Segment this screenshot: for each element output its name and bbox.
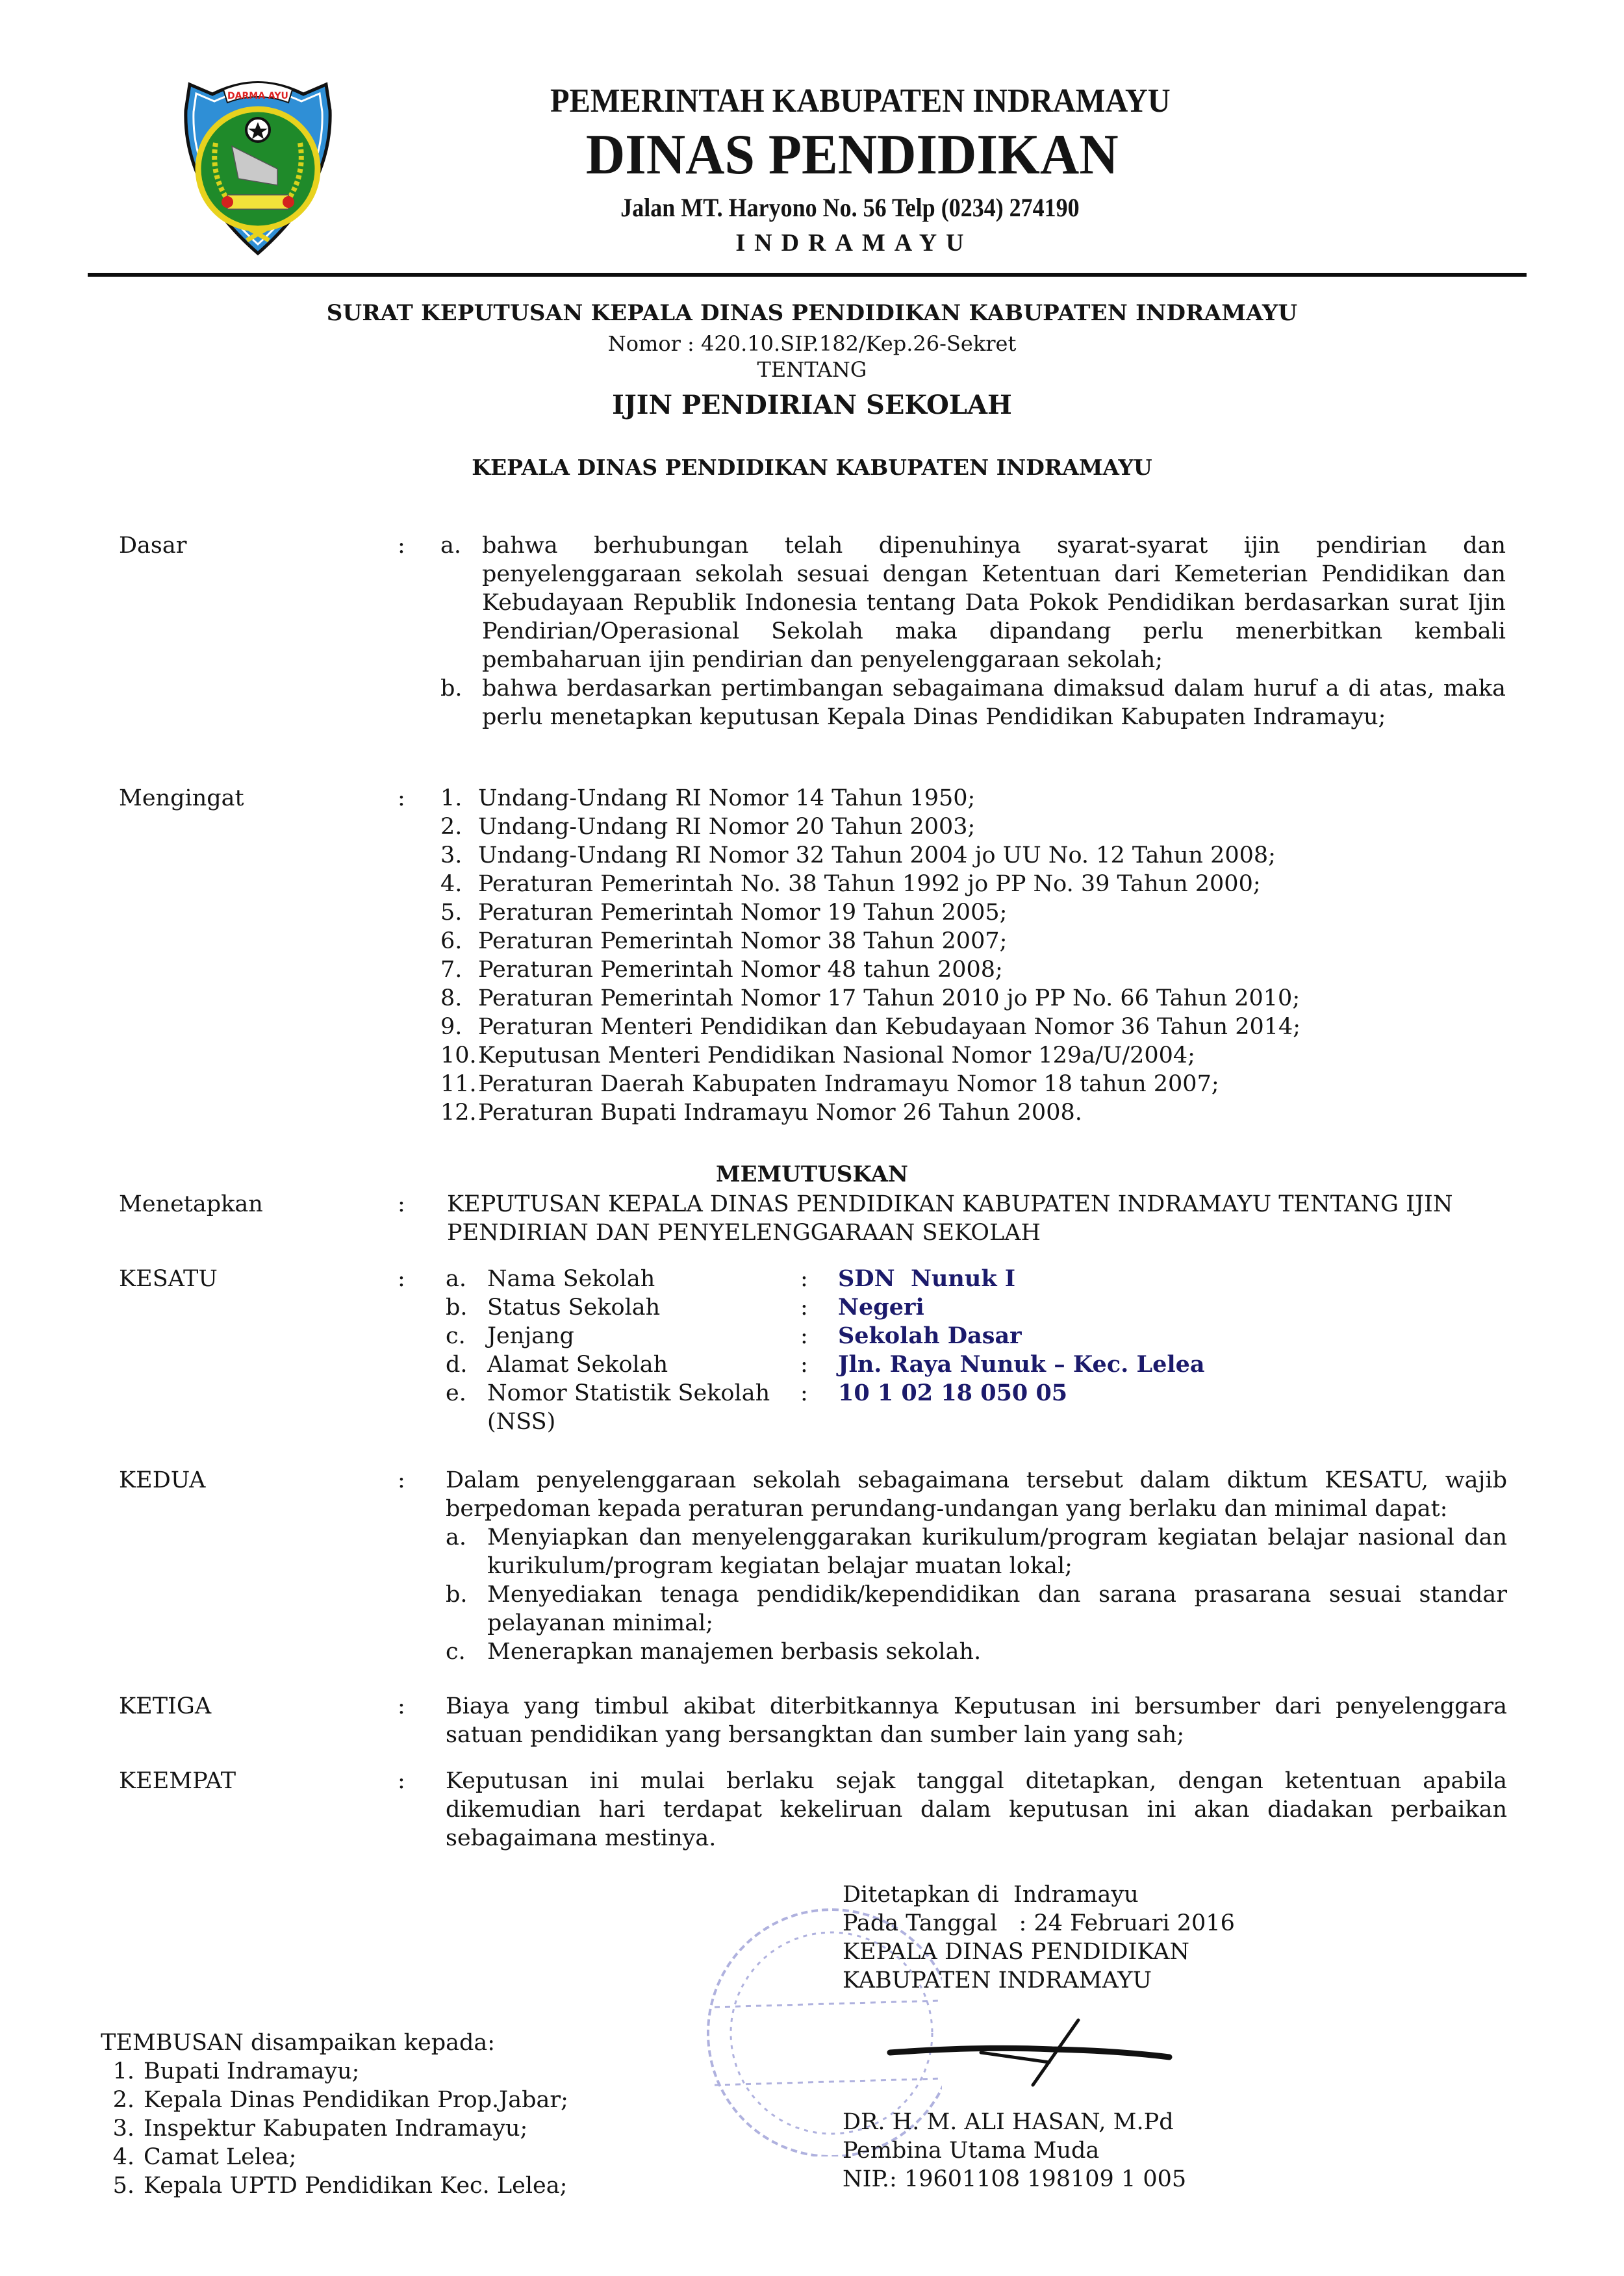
list-item: a. bahwa berhubungan telah dipenuhinya s… <box>440 531 1506 674</box>
handwritten-signature-icon <box>883 2017 1182 2088</box>
list-text: Bupati Indramayu; <box>144 2057 568 2086</box>
colon: : <box>800 1322 838 1350</box>
colon: : <box>398 784 405 813</box>
list-marker: a. <box>446 1523 487 1580</box>
list-item: 2.Kepala Dinas Pendidikan Prop.Jabar; <box>101 2086 568 2114</box>
signature-place: Ditetapkan di Indramayu <box>843 1880 1235 1909</box>
list-marker: 9. <box>440 1013 478 1041</box>
list-marker: 3. <box>440 841 478 870</box>
kedua-list: a.Menyiapkan dan menyelenggarakan kuriku… <box>446 1523 1507 1666</box>
list-text: Kepala Dinas Pendidikan Prop.Jabar; <box>144 2086 568 2114</box>
detail-marker: a. <box>446 1265 487 1293</box>
kedua-content: Dalam penyelenggaraan sekolah sebagaiman… <box>446 1466 1507 1666</box>
list-text: Undang-Undang RI Nomor 14 Tahun 1950; <box>478 784 1506 813</box>
list-marker: 8. <box>440 984 478 1013</box>
letterhead-government: PEMERINTAH KABUPATEN INDRAMAYU <box>57 82 1567 120</box>
list-text: Peraturan Pemerintah Nomor 48 tahun 2008… <box>478 955 1506 984</box>
list-item: 5.Kepala UPTD Pendidikan Kec. Lelea; <box>101 2171 568 2200</box>
signature-position-2: KABUPATEN INDRAMAYU <box>843 1966 1235 1995</box>
list-item: b.Menyediakan tenaga pendidik/kependidik… <box>446 1580 1507 1637</box>
letterhead-address: Jalan MT. Haryono No. 56 Telp (0234) 274… <box>81 192 1543 223</box>
list-text: Undang-Undang RI Nomor 20 Tahun 2003; <box>478 813 1506 841</box>
detail-value: Sekolah Dasar <box>838 1322 1022 1350</box>
list-item: 2.Undang-Undang RI Nomor 20 Tahun 2003; <box>440 813 1506 841</box>
signature-date: Pada Tanggal : 24 Februari 2016 <box>843 1909 1235 1938</box>
ketiga-text: Biaya yang timbul akibat diterbitkannya … <box>446 1692 1507 1749</box>
detail-marker: b. <box>446 1293 487 1322</box>
signatory-rank: Pembina Utama Muda <box>843 2136 1186 2165</box>
section-label: Menetapkan <box>119 1190 263 1219</box>
list-text: Keputusan Menteri Pendidikan Nasional No… <box>478 1041 1506 1070</box>
list-marker: 5. <box>440 898 478 927</box>
letterhead-divider <box>88 273 1527 277</box>
list-text: Menyediakan tenaga pendidik/kependidikan… <box>487 1580 1507 1637</box>
school-detail-row: c.Jenjang:Sekolah Dasar <box>446 1322 1511 1350</box>
colon: : <box>398 1466 405 1495</box>
signatory-block: DR. H. M. ALI HASAN, M.Pd Pembina Utama … <box>843 2108 1186 2194</box>
colon: : <box>800 1293 838 1322</box>
decree-tentang: TENTANG <box>0 357 1624 382</box>
list-text: Undang-Undang RI Nomor 32 Tahun 2004 jo … <box>478 841 1506 870</box>
signature-block: Ditetapkan di Indramayu Pada Tanggal : 2… <box>843 1880 1235 1995</box>
list-item: 5.Peraturan Pemerintah Nomor 19 Tahun 20… <box>440 898 1506 927</box>
list-item: a.Menyiapkan dan menyelenggarakan kuriku… <box>446 1523 1507 1580</box>
list-marker: 4. <box>101 2143 144 2171</box>
list-marker: 4. <box>440 870 478 898</box>
detail-value: Negeri <box>838 1293 924 1322</box>
tembusan-list: 1.Bupati Indramayu;2.Kepala Dinas Pendid… <box>101 2057 568 2200</box>
keempat-text: Keputusan ini mulai berlaku sejak tangga… <box>446 1767 1507 1852</box>
tembusan-heading: TEMBUSAN disampaikan kepada: <box>101 2029 568 2057</box>
colon: : <box>800 1379 838 1436</box>
colon: : <box>398 1692 405 1721</box>
list-marker: 10. <box>440 1041 478 1070</box>
list-item: 1.Bupati Indramayu; <box>101 2057 568 2086</box>
colon: : <box>398 1767 405 1795</box>
list-item: 12.Peraturan Bupati Indramayu Nomor 26 T… <box>440 1098 1506 1127</box>
list-item: 8.Peraturan Pemerintah Nomor 17 Tahun 20… <box>440 984 1506 1013</box>
list-text: Menyiapkan dan menyelenggarakan kurikulu… <box>487 1523 1507 1580</box>
section-label: KEDUA <box>119 1466 205 1495</box>
list-text: Kepala UPTD Pendidikan Kec. Lelea; <box>144 2171 568 2200</box>
list-text: Peraturan Daerah Kabupaten Indramayu Nom… <box>478 1070 1506 1098</box>
decree-title: SURAT KEPUTUSAN KEPALA DINAS PENDIDIKAN … <box>0 300 1624 326</box>
list-text: Camat Lelea; <box>144 2143 568 2171</box>
section-label: KESATU <box>119 1265 218 1293</box>
list-marker: 6. <box>440 927 478 955</box>
list-text: Peraturan Pemerintah No. 38 Tahun 1992 j… <box>478 870 1506 898</box>
section-label: KEEMPAT <box>119 1767 236 1795</box>
detail-marker: c. <box>446 1322 487 1350</box>
detail-field: Nama Sekolah <box>487 1265 800 1293</box>
colon: : <box>398 1190 405 1219</box>
detail-field: Alamat Sekolah <box>487 1350 800 1379</box>
school-detail-row: d.Alamat Sekolah:Jln. Raya Nunuk – Kec. … <box>446 1350 1511 1379</box>
decree-issuer: KEPALA DINAS PENDIDIKAN KABUPATEN INDRAM… <box>0 455 1624 480</box>
decree-number: Nomor : 420.10.SIP.182/Kep.26-Sekret <box>0 331 1624 356</box>
detail-marker: e. <box>446 1379 487 1436</box>
list-text: Peraturan Pemerintah Nomor 19 Tahun 2005… <box>478 898 1506 927</box>
section-label: Dasar <box>119 531 187 560</box>
list-text: Inspektur Kabupaten Indramayu; <box>144 2114 568 2143</box>
dasar-list: a. bahwa berhubungan telah dipenuhinya s… <box>440 531 1506 731</box>
list-item: 10.Keputusan Menteri Pendidikan Nasional… <box>440 1041 1506 1070</box>
school-detail-row: b.Status Sekolah:Negeri <box>446 1293 1511 1322</box>
colon: : <box>800 1350 838 1379</box>
mengingat-list: 1.Undang-Undang RI Nomor 14 Tahun 1950;2… <box>440 784 1506 1127</box>
school-detail-row: a.Nama Sekolah:SDN Nunuk I <box>446 1265 1511 1293</box>
letterhead-agency: DINAS PENDIDIKAN <box>41 122 1584 188</box>
list-marker: b. <box>446 1580 487 1637</box>
list-marker: 5. <box>101 2171 144 2200</box>
list-marker: 1. <box>101 2057 144 2086</box>
colon: : <box>398 531 405 560</box>
signatory-nip: NIP.: 19601108 198109 1 005 <box>843 2165 1186 2194</box>
list-marker: 11. <box>440 1070 478 1098</box>
list-marker: 3. <box>101 2114 144 2143</box>
section-label: KETIGA <box>119 1692 211 1721</box>
list-marker: c. <box>446 1637 487 1666</box>
list-item: 4.Peraturan Pemerintah No. 38 Tahun 1992… <box>440 870 1506 898</box>
list-item: 4.Camat Lelea; <box>101 2143 568 2171</box>
kedua-intro: Dalam penyelenggaraan sekolah sebagaiman… <box>446 1466 1507 1523</box>
list-text: Peraturan Pemerintah Nomor 17 Tahun 2010… <box>478 984 1506 1013</box>
school-details-table: a.Nama Sekolah:SDN Nunuk Ib.Status Sekol… <box>446 1265 1511 1436</box>
detail-value: 10 1 02 18 050 05 <box>838 1379 1067 1436</box>
list-marker: 12. <box>440 1098 478 1127</box>
detail-field: Nomor Statistik Sekolah (NSS) <box>487 1379 800 1436</box>
tembusan-block: TEMBUSAN disampaikan kepada: 1.Bupati In… <box>101 2029 568 2200</box>
menetapkan-text: KEPUTUSAN KEPALA DINAS PENDIDIKAN KABUPA… <box>447 1190 1512 1247</box>
list-item: 7.Peraturan Pemerintah Nomor 48 tahun 20… <box>440 955 1506 984</box>
list-marker: 2. <box>101 2086 144 2114</box>
list-marker: 7. <box>440 955 478 984</box>
detail-field: Status Sekolah <box>487 1293 800 1322</box>
list-text: Peraturan Bupati Indramayu Nomor 26 Tahu… <box>478 1098 1506 1127</box>
decree-subject: IJIN PENDIRIAN SEKOLAH <box>0 390 1624 420</box>
colon: : <box>800 1265 838 1293</box>
list-item: 1.Undang-Undang RI Nomor 14 Tahun 1950; <box>440 784 1506 813</box>
list-item: b. bahwa berdasarkan pertimbangan sebaga… <box>440 674 1506 731</box>
signature-position: KEPALA DINAS PENDIDIKAN <box>843 1938 1235 1966</box>
school-detail-row: e.Nomor Statistik Sekolah (NSS):10 1 02 … <box>446 1379 1511 1436</box>
list-marker: 1. <box>440 784 478 813</box>
list-item: c.Menerapkan manajemen berbasis sekolah. <box>446 1637 1507 1666</box>
list-text: Menerapkan manajemen berbasis sekolah. <box>487 1637 1507 1666</box>
section-label: Mengingat <box>119 784 244 813</box>
signatory-name: DR. H. M. ALI HASAN, M.Pd <box>843 2108 1186 2136</box>
list-marker: 2. <box>440 813 478 841</box>
detail-field: Jenjang <box>487 1322 800 1350</box>
list-item: 9.Peraturan Menteri Pendidikan dan Kebud… <box>440 1013 1506 1041</box>
list-item: 6.Peraturan Pemerintah Nomor 38 Tahun 20… <box>440 927 1506 955</box>
colon: : <box>398 1265 405 1293</box>
detail-value: SDN Nunuk I <box>838 1265 1015 1293</box>
list-text: Peraturan Menteri Pendidikan dan Kebuday… <box>478 1013 1506 1041</box>
list-item: 3.Inspektur Kabupaten Indramayu; <box>101 2114 568 2143</box>
list-text: Peraturan Pemerintah Nomor 38 Tahun 2007… <box>478 927 1506 955</box>
detail-marker: d. <box>446 1350 487 1379</box>
list-item: 3.Undang-Undang RI Nomor 32 Tahun 2004 j… <box>440 841 1506 870</box>
list-item: 11.Peraturan Daerah Kabupaten Indramayu … <box>440 1070 1506 1098</box>
memutuskan-heading: MEMUTUSKAN <box>0 1161 1624 1187</box>
detail-value: Jln. Raya Nunuk – Kec. Lelea <box>838 1350 1205 1379</box>
letterhead-city: INDRAMAYU <box>0 229 1624 257</box>
